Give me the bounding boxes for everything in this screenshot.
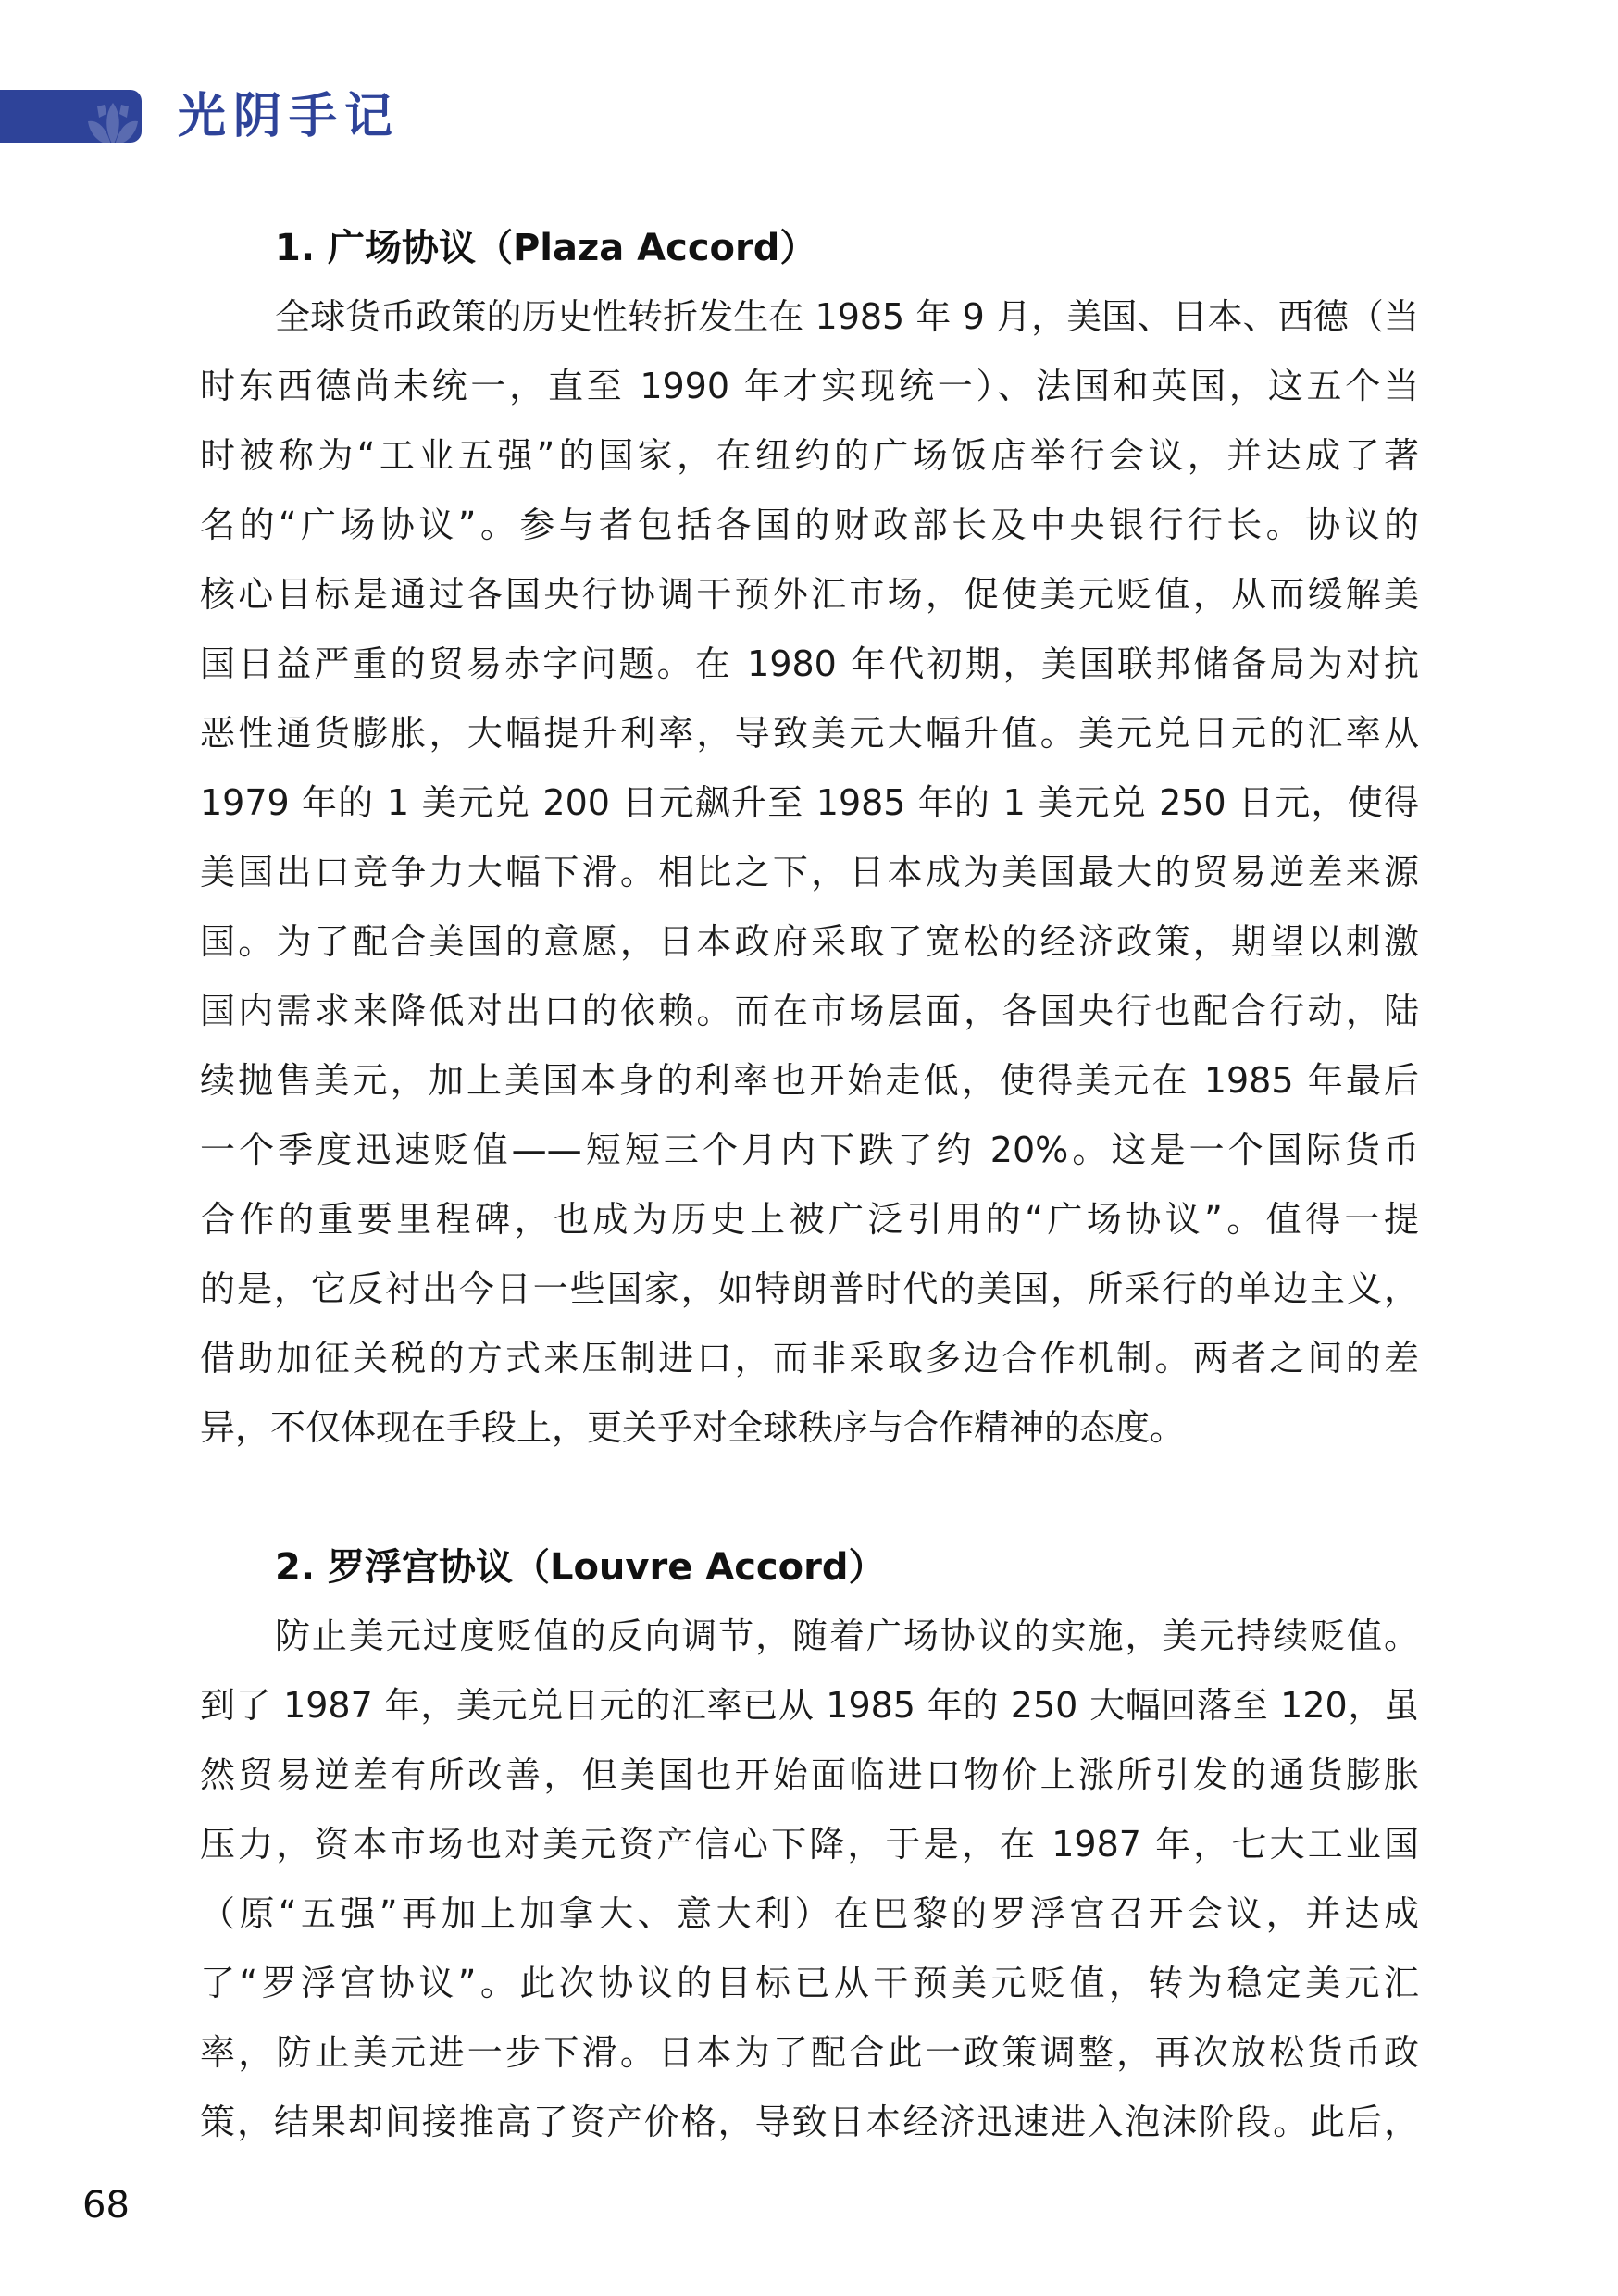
paragraph-line: 然贸易逆差有所改善，但美国也开始面临进口物价上涨所引发的通货膨胀	[200, 1753, 1419, 1797]
paragraph-line: 国内需求来降低对出口的依赖。而在市场层面，各国央行也配合行动，陆	[200, 989, 1419, 1033]
paragraph-line: 美国出口竞争力大幅下滑。相比之下，日本成为美国最大的贸易逆差来源	[200, 850, 1419, 894]
paragraph-line: 恶性通货膨胀，大幅提升利率，导致美元大幅升值。美元兑日元的汇率从	[200, 711, 1419, 755]
page-number: 68	[82, 2185, 130, 2226]
paragraph-line: 策，结果却间接推高了资产价格，导致日本经济迅速进入泡沫阶段。此后，	[200, 2100, 1419, 2144]
paragraph-line: 国。为了配合美国的意愿，日本政府采取了宽松的经济政策，期望以刺激	[200, 919, 1419, 964]
brand-bar	[0, 90, 142, 143]
paragraph-line: 续抛售美元，加上美国本身的利率也开始走低，使得美元在 1985 年最后	[200, 1058, 1419, 1103]
brand-title: 光阴手记	[178, 89, 400, 144]
paragraph-line: 借助加征关税的方式来压制进口，而非采取多边合作机制。两者之间的差	[200, 1336, 1419, 1380]
paragraph-line: 合作的重要里程碑，也成为历史上被广泛引用的“广场协议”。值得一提	[200, 1197, 1419, 1242]
section-heading: 1. 广场协议（Plaza Accord）	[275, 226, 816, 270]
lotus-icon	[84, 99, 142, 143]
paragraph-line: 了“罗浮宫协议”。此次协议的目标已从干预美元贬值，转为稳定美元汇	[200, 1961, 1419, 2005]
paragraph-line: 压力，资本市场也对美元资产信心下降，于是，在 1987 年，七大工业国	[200, 1822, 1419, 1866]
paragraph-line: 名的“广场协议”。参与者包括各国的财政部长及中央银行行长。协议的	[200, 503, 1419, 547]
paragraph-line: 异，不仅体现在手段上，更关乎对全球秩序与合作精神的态度。	[200, 1405, 1419, 1450]
paragraph-line: 时东西德尚未统一，直至 1990 年才实现统一）、法国和英国，这五个当	[200, 364, 1419, 408]
paragraph-line: 国日益严重的贸易赤字问题。在 1980 年代初期，美国联邦储备局为对抗	[200, 642, 1419, 686]
paragraph-line: 的是，它反衬出今日一些国家，如特朗普时代的美国，所采行的单边主义，	[200, 1267, 1419, 1311]
paragraph-line: 全球货币政策的历史性转折发生在 1985 年 9 月，美国、日本、西德（当	[275, 294, 1419, 339]
paragraph-line: 1979 年的 1 美元兑 200 日元飙升至 1985 年的 1 美元兑 25…	[200, 780, 1419, 825]
paragraph-line: 时被称为“工业五强”的国家，在纽约的广场饭店举行会议，并达成了著	[200, 433, 1419, 478]
section-heading: 2. 罗浮宫协议（Louvre Accord）	[275, 1545, 885, 1590]
paragraph-line: 防止美元过度贬值的反向调节，随着广场协议的实施，美元持续贬值。	[275, 1614, 1419, 1658]
paragraph-line: 一个季度迅速贬值——短短三个月内下跌了约 20%。这是一个国际货币	[200, 1128, 1419, 1172]
paragraph-line: （原“五强”再加上加拿大、意大利）在巴黎的罗浮宫召开会议，并达成	[200, 1891, 1419, 1936]
paragraph-line: 核心目标是通过各国央行协调干预外汇市场，促使美元贬值，从而缓解美	[200, 572, 1419, 617]
paragraph-line: 到了 1987 年，美元兑日元的汇率已从 1985 年的 250 大幅回落至 1…	[200, 1683, 1419, 1728]
paragraph-line: 率，防止美元进一步下滑。日本为了配合此一政策调整，再次放松货币政	[200, 2030, 1419, 2075]
